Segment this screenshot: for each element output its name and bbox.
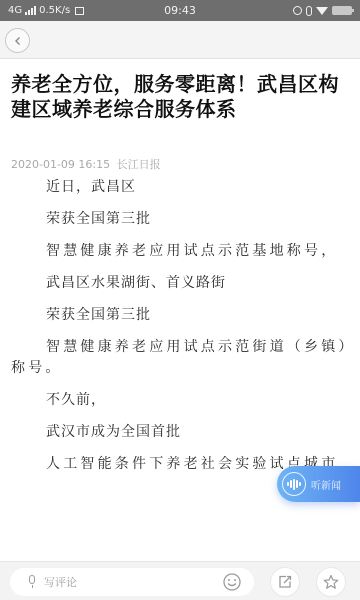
signal-icon [25,6,36,15]
favorite-button[interactable] [316,567,346,597]
status-right [293,6,352,16]
article-meta: 2020-01-09 16:15 长江日报 [11,156,161,172]
bluetooth-icon [306,6,312,16]
wifi-icon [316,7,328,15]
back-button[interactable] [5,28,30,53]
status-bar: 4G 0.5K/s 09:43 [0,0,360,21]
paragraph: 智慧健康养老应用试点示范街道（乡镇）称号。 [11,337,349,379]
paragraph: 武昌区水果湖街、首义路街 [11,273,349,294]
bottom-bar: 写评论 [0,561,360,600]
star-icon [323,574,339,590]
alarm-icon [293,6,302,15]
chevron-left-icon [13,36,23,46]
article-date: 2020-01-09 16:15 [11,158,110,171]
paragraph: 武汉市成为全国首批 [11,422,349,443]
status-left: 4G 0.5K/s [8,5,293,16]
article-source: 长江日报 [117,158,161,171]
comment-placeholder: 写评论 [44,574,77,590]
paragraph: 不久前， [11,390,349,411]
audio-wave-icon [282,472,306,496]
smiley-icon[interactable] [222,572,242,592]
listen-news-label: 听新闻 [311,477,341,492]
microphone-icon[interactable] [28,575,36,589]
network-type: 4G [8,5,22,16]
paragraph: 智慧健康养老应用试点示范基地称号， [11,241,349,262]
article-body: 近日，武昌区 荣获全国第三批 智慧健康养老应用试点示范基地称号， 武昌区水果湖街… [11,177,349,486]
listen-news-button[interactable]: 听新闻 [277,466,360,502]
article-title: 养老全方位，服务零距离！武昌区构建区域养老综合服务体系 [11,72,353,122]
share-button[interactable] [270,567,300,597]
battery-icon [332,6,352,15]
paragraph: 近日，武昌区 [11,177,349,198]
paragraph: 荣获全国第三批 [11,209,349,230]
sim-icon [75,7,84,15]
nav-bar [0,21,360,59]
comment-input[interactable]: 写评论 [10,568,254,596]
network-speed: 0.5K/s [39,5,70,16]
share-icon [277,574,293,590]
paragraph: 荣获全国第三批 [11,305,349,326]
